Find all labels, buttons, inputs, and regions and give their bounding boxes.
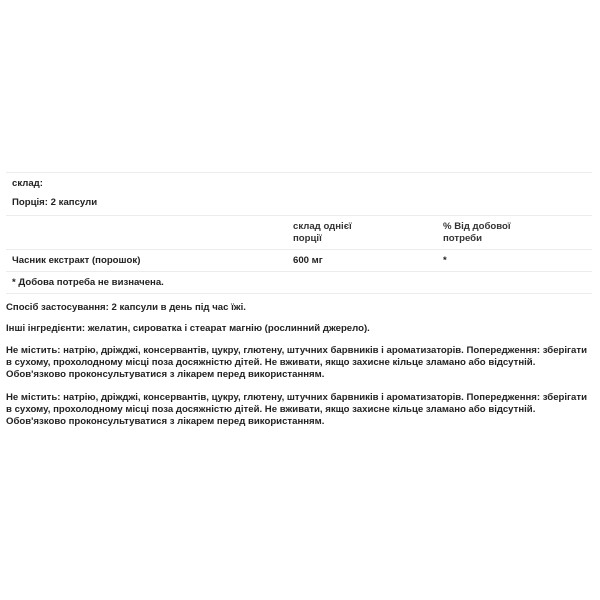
ingredient-daily-value: * bbox=[443, 255, 447, 267]
supplement-facts-table: склад: Порція: 2 капсули склад однієї по… bbox=[6, 172, 592, 294]
facts-title-row: склад: bbox=[6, 172, 592, 193]
footnote-row: * Добова потреба не визначена. bbox=[6, 271, 592, 294]
serving-row: Порція: 2 капсули bbox=[6, 193, 592, 215]
ingredient-amount: 600 мг bbox=[293, 255, 323, 267]
warning-text: Не містить: натрію, дріжджі, консерванті… bbox=[6, 392, 594, 428]
column-header-per-serving: склад однієї порції bbox=[293, 221, 383, 245]
warning-text: Не містить: натрію, дріжджі, консерванті… bbox=[6, 345, 594, 381]
column-header-daily-value: % Від добової потреби bbox=[443, 221, 533, 245]
facts-title: склад: bbox=[12, 178, 43, 190]
usage-text: Спосіб застосування: 2 капсули в день пі… bbox=[6, 302, 594, 314]
ingredient-name: Часник екстракт (порошок) bbox=[12, 255, 140, 267]
column-header-row: склад однієї порції % Від добової потреб… bbox=[6, 215, 592, 249]
other-ingredients-text: Інші інгредієнти: желатин, сироватка і с… bbox=[6, 323, 594, 335]
table-row: Часник екстракт (порошок) 600 мг * bbox=[6, 249, 592, 271]
serving-size: Порція: 2 капсули bbox=[12, 197, 97, 209]
footnote: * Добова потреба не визначена. bbox=[12, 277, 164, 289]
